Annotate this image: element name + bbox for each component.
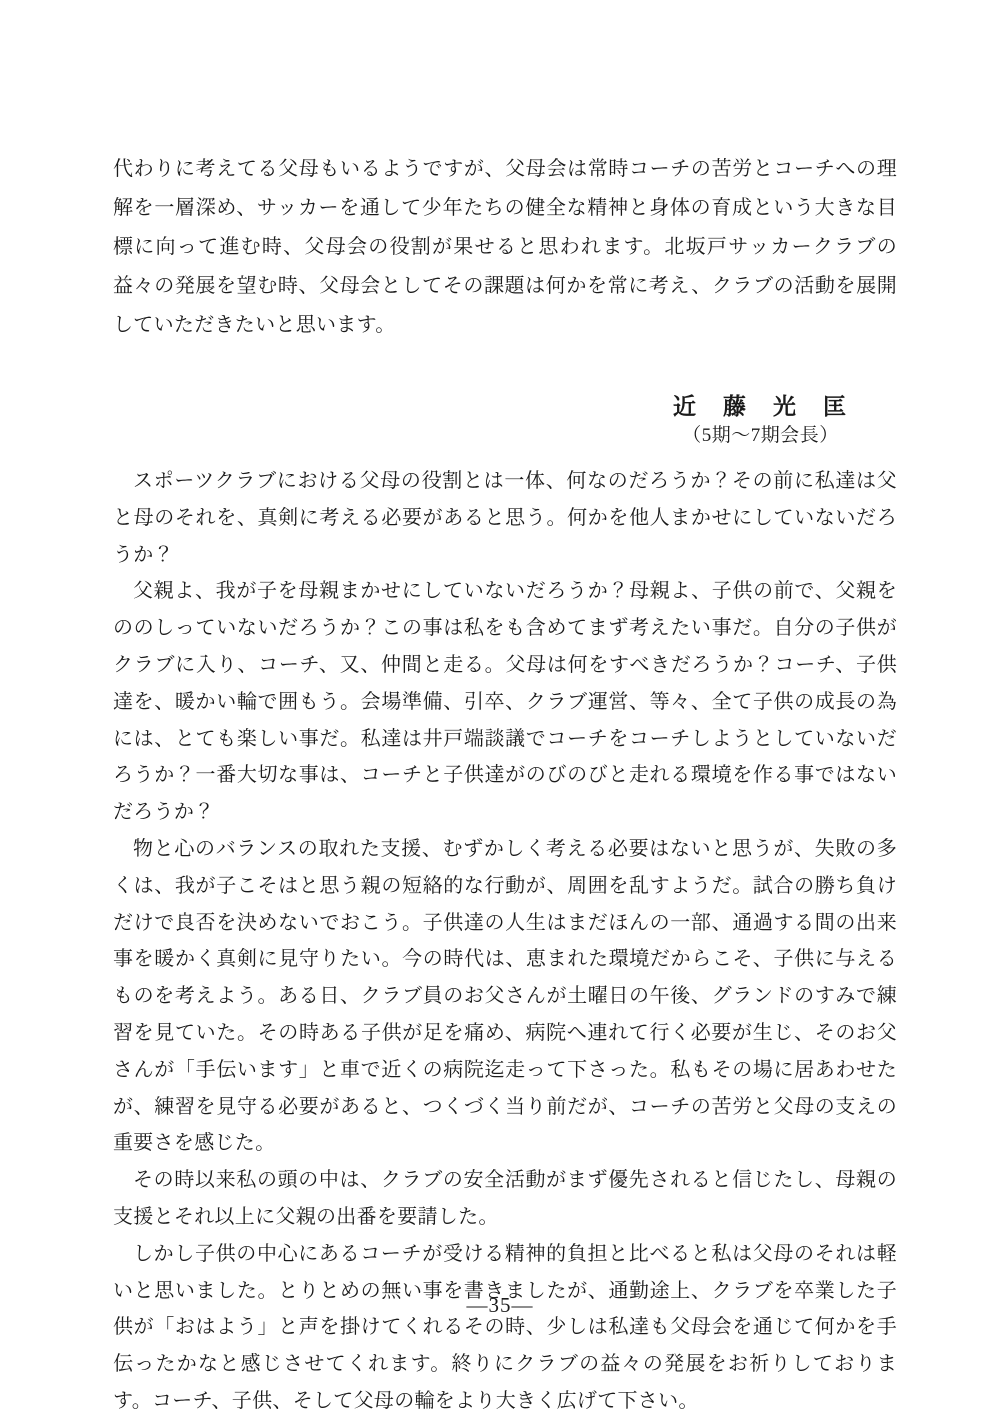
body-paragraph: 物と心のバランスの取れた支援、むずかしく考える必要はないと思うが、失敗の多くは、… bbox=[113, 831, 897, 1162]
body-paragraph: スポーツクラブにおける父母の役割とは一体、何なのだろうか？その前に私達は父と母の… bbox=[113, 463, 897, 573]
author-name: 近 藤 光 匡 bbox=[673, 394, 848, 420]
author-term: （5期〜7期会長） bbox=[673, 424, 848, 448]
scanned-document-page: 代わりに考えてる父母もいるようですが、父母会は常時コーチの苦労とコーチへの理解を… bbox=[0, 0, 1000, 1413]
essay-body: スポーツクラブにおける父母の役割とは一体、何なのだろうか？その前に私達は父と母の… bbox=[113, 463, 897, 1413]
page-number: ―35― bbox=[0, 1293, 1000, 1318]
author-block: 近 藤 光 匡 （5期〜7期会長） bbox=[673, 394, 848, 448]
body-paragraph: しかし子供の中心にあるコーチが受ける精神的負担と比べると私は父母のそれは軽いと思… bbox=[113, 1236, 897, 1413]
continuation-paragraph: 代わりに考えてる父母もいるようですが、父母会は常時コーチの苦労とコーチへの理解を… bbox=[113, 150, 897, 345]
body-paragraph: その時以来私の頭の中は、クラブの安全活動がまず優先されると信じたし、母親の支援と… bbox=[113, 1162, 897, 1236]
body-paragraph: 父親よ、我が子を母親まかせにしていないだろうか？母親よ、子供の前で、父親をののし… bbox=[113, 573, 897, 831]
